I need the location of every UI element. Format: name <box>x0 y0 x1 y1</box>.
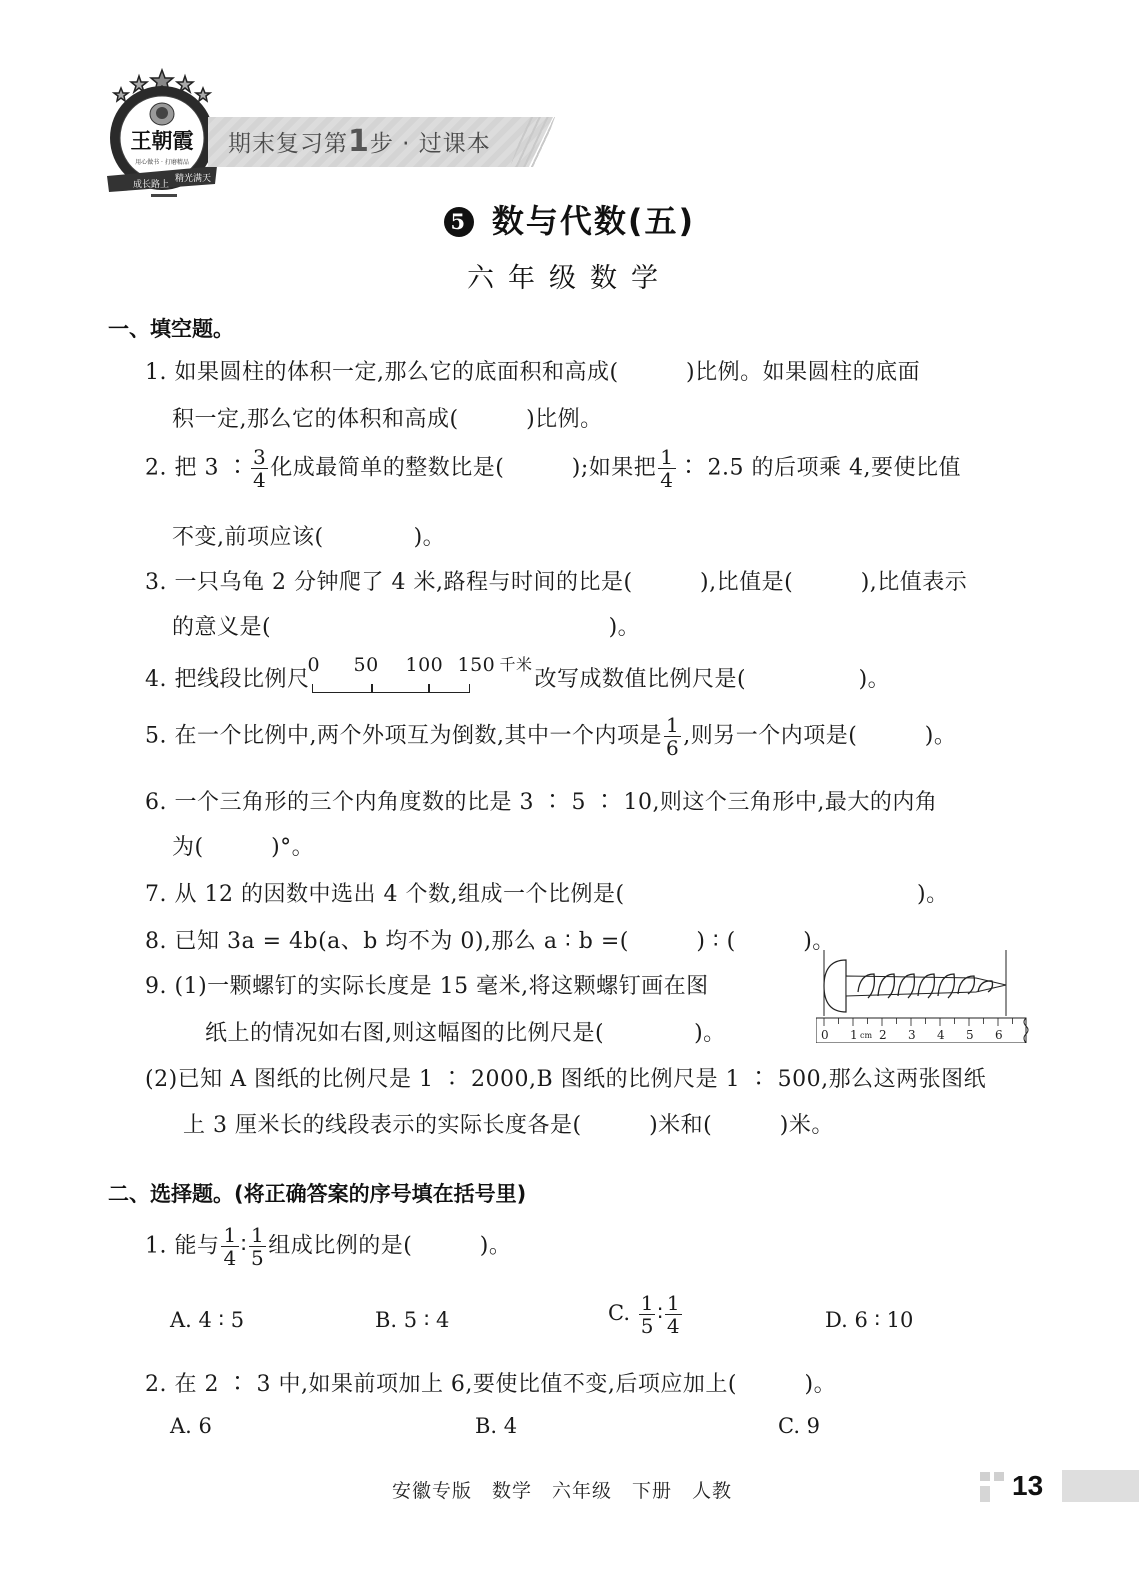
fraction-1-4: 14 <box>221 1224 238 1269</box>
q5-text-a: 5. 在一个比例中,两个外项互为倒数,其中一个内项是 <box>145 724 662 749</box>
svg-text:3: 3 <box>908 1028 916 1042</box>
q2-text-b: 化成最简单的整数比是( );如果把 <box>270 456 656 481</box>
question-1-line-1: 1. 如果圆柱的体积一定,那么它的底面积和高成( )比例。如果圆柱的底面 <box>145 355 920 386</box>
screw-ruler-figure: 0 1 cm 2 3 4 5 6 <box>816 948 1030 1043</box>
question-9-part-2-line-1: (2)已知 A 图纸的比例尺是 1 ∶ 2000,B 图纸的比例尺是 1 ∶ 5… <box>145 1062 986 1093</box>
question-9-part-1-line-2: 纸上的情况如右图,则这幅图的比例尺是( )。 <box>205 1016 726 1047</box>
fraction-1-6: 16 <box>664 714 681 759</box>
question-8: 8. 已知 3a = 4b(a、b 均不为 0),那么 a ∶ b =( ) ∶… <box>145 924 835 955</box>
colon: ∶ <box>241 1234 247 1259</box>
question-5: 5. 在一个比例中,两个外项互为倒数,其中一个内项是16,则另一个内项是( )。 <box>145 714 956 759</box>
question-1-line-2: 积一定,那么它的体积和高成( )比例。 <box>172 402 603 433</box>
choice-1-option-d[interactable]: D. 6 ∶ 10 <box>825 1308 913 1332</box>
choice-1-option-a[interactable]: A. 4 ∶ 5 <box>170 1308 244 1332</box>
svg-text:0: 0 <box>821 1028 829 1042</box>
cq1-text-a: 1. 能与 <box>145 1234 219 1259</box>
question-9-part-2-line-2: 上 3 厘米长的线段表示的实际长度各是( )米和( )米。 <box>183 1108 834 1139</box>
svg-text:精光满天: 精光满天 <box>175 172 211 184</box>
q2-text-c: ∶ 2.5 的后项乘 4,要使比值 <box>678 456 961 481</box>
choice-2-option-b[interactable]: B. 4 <box>475 1414 517 1438</box>
page-number: 13 <box>1012 1470 1043 1502</box>
fraction-1-5: 15 <box>639 1292 656 1337</box>
decor-square <box>980 1486 990 1502</box>
brand-logo: 王朝霞 用心做书 · 打磨精品 成长路上 精光满天 <box>103 68 221 203</box>
choice-question-2: 2. 在 2 ∶ 3 中,如果前项加上 6,要使比值不变,后项应加上( )。 <box>145 1367 836 1398</box>
svg-text:1: 1 <box>850 1028 858 1042</box>
footer-edition-info: 安徽专版 数学 六年级 下册 人教 <box>392 1476 732 1503</box>
line-segment-scale-bar: 0 50 100 150 千米 <box>309 662 494 692</box>
choice-1-option-c[interactable]: C. 15∶14 <box>608 1292 684 1337</box>
question-6-line-2: 为( )°。 <box>172 830 314 861</box>
page-subtitle: 六年级数学 <box>0 256 1139 295</box>
chapter-title: 数与代数(五) <box>492 202 695 240</box>
q4-text-b: 改写成数值比例尺是( )。 <box>534 667 890 692</box>
fraction-1-4: 14 <box>665 1292 682 1337</box>
banner-suffix: 步 · 过课本 <box>370 131 491 157</box>
question-3-line-1: 3. 一只乌龟 2 分钟爬了 4 米,路程与时间的比是( ),比值是( ),比值… <box>145 565 967 596</box>
fraction-1-4: 14 <box>658 446 675 491</box>
choice-2-option-c[interactable]: C. 9 <box>778 1414 820 1438</box>
question-7: 7. 从 12 的因数中选出 4 个数,组成一个比例是( )。 <box>145 877 949 908</box>
fraction-1-5: 15 <box>249 1224 266 1269</box>
svg-text:王朝霞: 王朝霞 <box>131 128 194 153</box>
chapter-number-badge: 5 <box>444 207 474 237</box>
svg-text:成长路上: 成长路上 <box>133 178 169 190</box>
section-heading-multiple-choice: 二、选择题。(将正确答案的序号填在括号里) <box>108 1178 526 1208</box>
question-6-line-1: 6. 一个三角形的三个内角度数的比是 3 ∶ 5 ∶ 10,则这个三角形中,最大… <box>145 785 937 816</box>
section-heading-fill-blank: 一、填空题。 <box>108 313 234 343</box>
question-4: 4. 把线段比例尺 0 50 100 150 千米 改写成数值比例尺是( )。 <box>145 662 890 693</box>
q5-text-b: ,则另一个内项是( )。 <box>683 724 956 749</box>
option-c-label: C. <box>608 1301 630 1325</box>
cq1-text-b: 组成比例的是( )。 <box>268 1234 511 1259</box>
svg-text:2: 2 <box>879 1028 887 1042</box>
banner-step-number: 1 <box>348 124 370 159</box>
fraction-3-4: 34 <box>251 446 268 491</box>
page-title: 5数与代数(五) <box>0 196 1139 242</box>
question-2-line-1: 2. 把 3 ∶34化成最简单的整数比是( );如果把14∶ 2.5 的后项乘 … <box>145 446 961 491</box>
choice-1-option-b[interactable]: B. 5 ∶ 4 <box>375 1308 449 1332</box>
choice-question-1: 1. 能与14∶15组成比例的是( )。 <box>145 1224 511 1269</box>
question-2-line-2: 不变,前项应该( )。 <box>172 520 445 551</box>
banner-prefix: 期末复习第 <box>228 131 348 157</box>
question-9-part-1-line-1: 9. (1)一颗螺钉的实际长度是 15 毫米,将这颗螺钉画在图 <box>145 969 709 1000</box>
svg-text:cm: cm <box>860 1031 872 1040</box>
svg-text:5: 5 <box>966 1028 974 1042</box>
banner-title: 期末复习第1步 · 过课本 <box>228 124 491 159</box>
svg-text:4: 4 <box>937 1028 945 1042</box>
svg-text:用心做书 · 打磨精品: 用心做书 · 打磨精品 <box>135 158 189 166</box>
decor-square <box>994 1472 1004 1481</box>
svg-text:6: 6 <box>995 1028 1003 1042</box>
page-number-bar <box>1062 1470 1139 1502</box>
question-3-line-2: 的意义是( )。 <box>172 610 640 641</box>
choice-2-option-a[interactable]: A. 6 <box>170 1414 212 1438</box>
decor-square <box>980 1472 990 1481</box>
q4-text-a: 4. 把线段比例尺 <box>145 667 309 692</box>
q2-text-a: 2. 把 3 ∶ <box>145 456 249 481</box>
page-number-box: 13 <box>980 1470 1139 1506</box>
